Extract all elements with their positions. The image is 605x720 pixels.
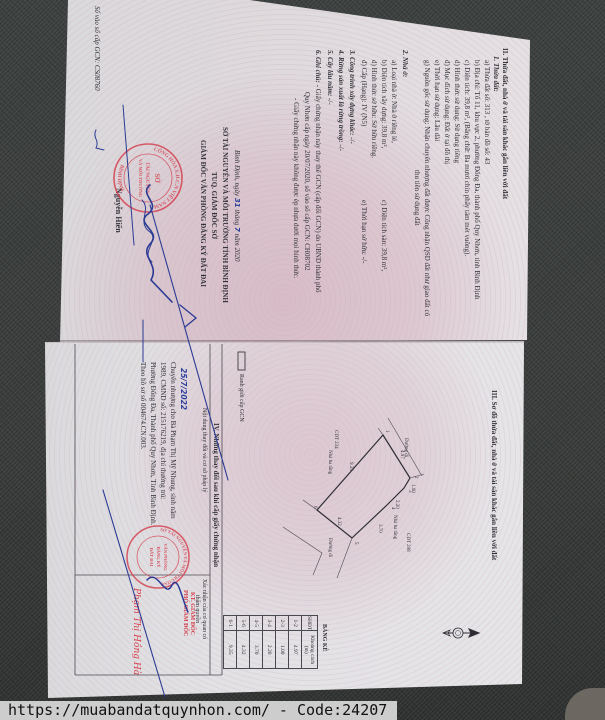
change-confirmation-stamp: SỞ TÀI NGUYÊN VÀ MÔI TRƯỜNG VĂN PHÒNG ĐĂ… xyxy=(127,526,189,588)
pen-marks xyxy=(95,105,228,697)
signature-check xyxy=(180,305,196,327)
registry-handwriting xyxy=(95,130,104,150)
svg-text:ĐẤT ĐAI: ĐẤT ĐAI xyxy=(149,548,154,567)
pen-stroke xyxy=(150,205,228,480)
svg-text:VĂN PHÒNG: VĂN PHÒNG xyxy=(163,543,168,571)
svg-text:VÀ MÔI TRƯỜNG: VÀ MÔI TRƯỜNG xyxy=(138,159,143,198)
official-red-stamp: CỘNG HÒA X.H.C.N VIỆT NAM BÌNH ĐỊNH SỞ T… xyxy=(114,144,182,212)
ink-layer: CỘNG HÒA X.H.C.N VIỆT NAM BÌNH ĐỊNH SỞ T… xyxy=(0,0,605,720)
pen-stroke xyxy=(123,105,134,245)
svg-text:SỞ: SỞ xyxy=(153,173,161,183)
svg-text:ĐĂNG KÝ: ĐĂNG KÝ xyxy=(156,546,161,568)
pen-stroke xyxy=(103,490,165,697)
watermark-banner: https://muabandatquynhon.com/ - Code:242… xyxy=(0,701,397,720)
